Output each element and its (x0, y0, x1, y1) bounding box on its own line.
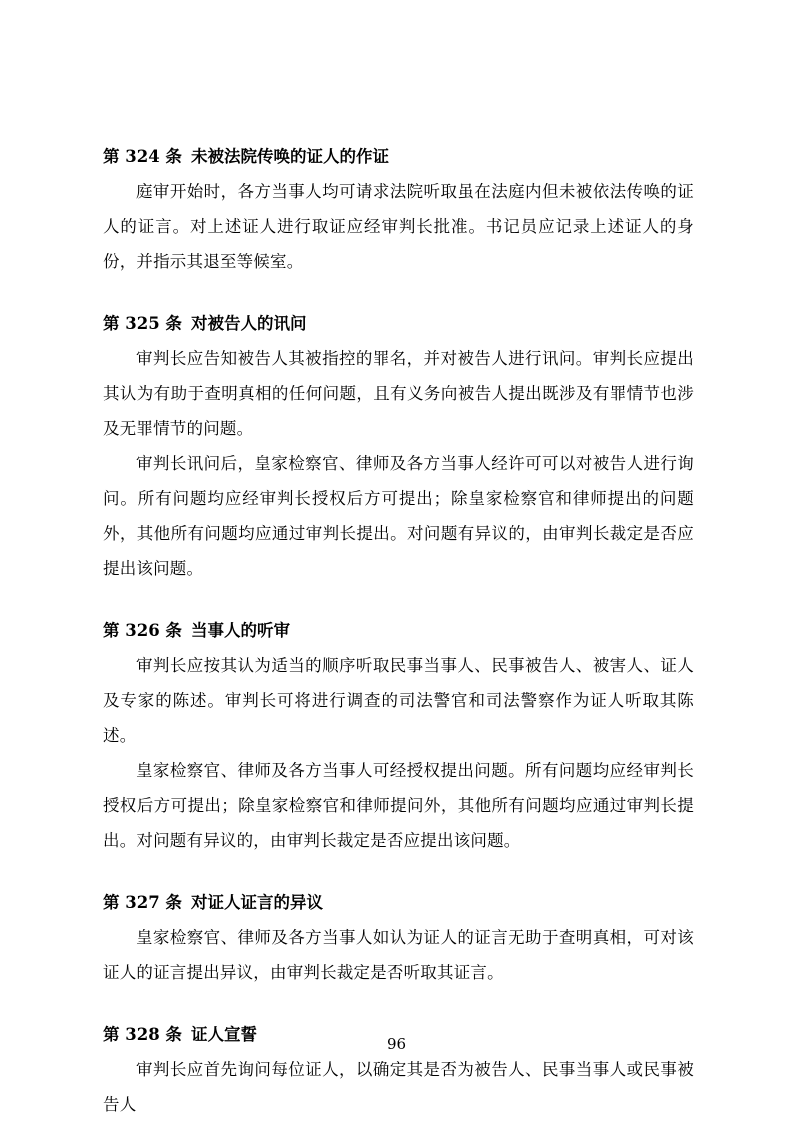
page-number: 96 (387, 1035, 406, 1053)
article-heading: 第 326 条当事人的听审 (103, 613, 694, 648)
article-heading: 第 324 条未被法院传唤的证人的作证 (103, 139, 694, 174)
article-number: 第 324 条 (103, 147, 182, 166)
article-title: 对证人证言的异议 (191, 893, 323, 912)
document-content: 第 324 条未被法院传唤的证人的作证 庭审开始时，各方当事人均可请求法院听取虽… (103, 0, 694, 1122)
article-paragraph: 皇家检察官、律师及各方当事人可经授权提出问题。所有问题均应经审判长授权后方可提出… (103, 753, 694, 858)
article-title: 未被法院传唤的证人的作证 (191, 147, 389, 166)
article-paragraph: 审判长应按其认为适当的顺序听取民事当事人、民事被告人、被害人、证人及专家的陈述。… (103, 648, 694, 753)
article-number: 第 326 条 (103, 621, 182, 640)
article-326: 第 326 条当事人的听审 审判长应按其认为适当的顺序听取民事当事人、民事被告人… (103, 613, 694, 858)
page-footer: 96 (0, 1034, 793, 1054)
article-paragraph: 皇家检察官、律师及各方当事人如认为证人的证言无助于查明真相，可对该证人的证言提出… (103, 920, 694, 990)
article-number: 第 325 条 (103, 314, 182, 333)
document-page: 第 324 条未被法院传唤的证人的作证 庭审开始时，各方当事人均可请求法院听取虽… (0, 0, 793, 1122)
article-327: 第 327 条对证人证言的异议 皇家检察官、律师及各方当事人如认为证人的证言无助… (103, 885, 694, 990)
article-title: 对被告人的讯问 (191, 314, 307, 333)
article-heading: 第 325 条对被告人的讯问 (103, 306, 694, 341)
article-number: 第 327 条 (103, 893, 182, 912)
article-paragraph: 庭审开始时，各方当事人均可请求法院听取虽在法庭内但未被依法传唤的证人的证言。对上… (103, 174, 694, 279)
article-paragraph: 审判长应首先询问每位证人，以确定其是否为被告人、民事当事人或民事被告人 (103, 1052, 694, 1122)
article-328: 第 328 条证人宣誓 审判长应首先询问每位证人，以确定其是否为被告人、民事当事… (103, 1017, 694, 1122)
article-title: 当事人的听审 (191, 621, 290, 640)
article-324: 第 324 条未被法院传唤的证人的作证 庭审开始时，各方当事人均可请求法院听取虽… (103, 139, 694, 279)
article-paragraph: 审判长讯问后，皇家检察官、律师及各方当事人经许可可以对被告人进行询问。所有问题均… (103, 446, 694, 586)
article-325: 第 325 条对被告人的讯问 审判长应告知被告人其被指控的罪名，并对被告人进行讯… (103, 306, 694, 586)
article-paragraph: 审判长应告知被告人其被指控的罪名，并对被告人进行讯问。审判长应提出其认为有助于查… (103, 341, 694, 446)
article-heading: 第 327 条对证人证言的异议 (103, 885, 694, 920)
